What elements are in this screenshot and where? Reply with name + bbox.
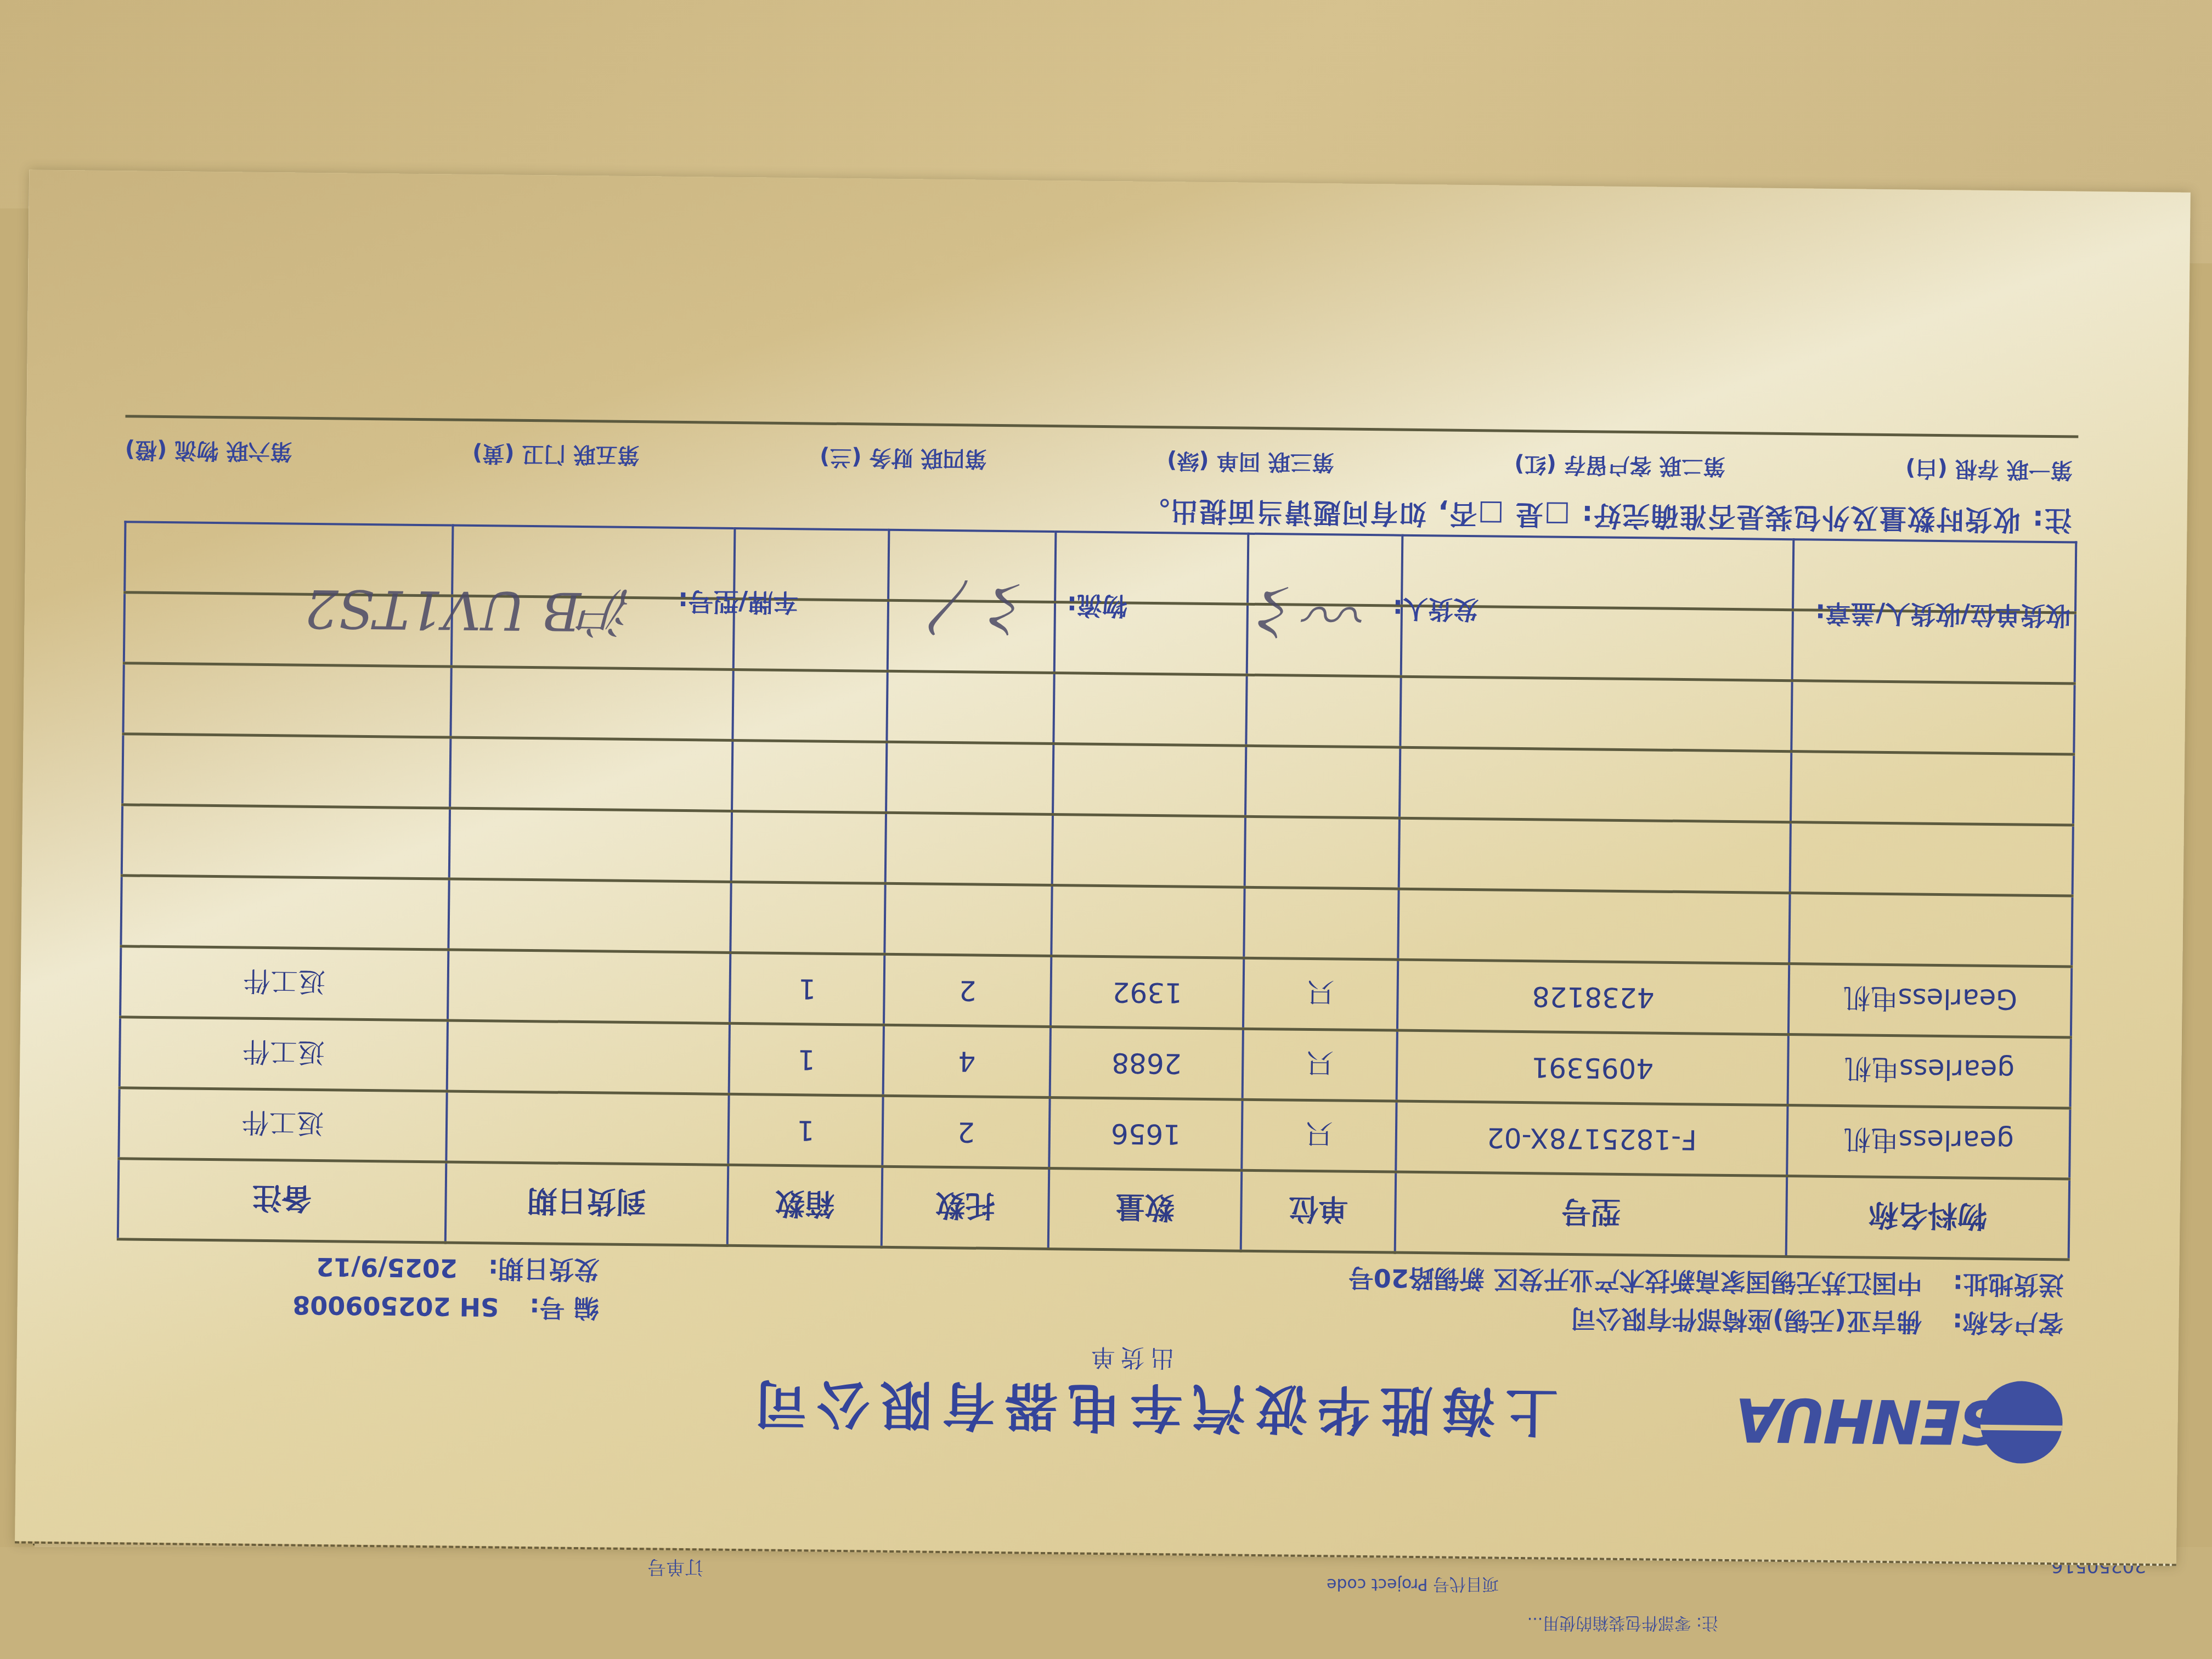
cell-remarks: 返工件	[120, 1017, 448, 1091]
delivery-note-sheet: SENHUA 上海胜华波汽车电器有限公司 出货单 客户名称: 佛吉亚(无锡)座椅…	[15, 170, 2191, 1566]
cell-pallets: 4	[883, 1025, 1051, 1097]
header-pallets: 托数	[882, 1166, 1049, 1249]
copy-3: 第三联 回单 (绿)	[1167, 447, 1334, 479]
cell-unit: 只	[1243, 1029, 1397, 1101]
cell-model: 4238128	[1397, 960, 1790, 1034]
delivery-note: SENHUA 上海胜华波汽车电器有限公司 出货单 客户名称: 佛吉亚(无锡)座椅…	[103, 236, 2091, 1497]
copy-1: 第一联 存根 (白)	[1905, 454, 2073, 487]
address-field: 送货地址: 中国江苏无锡国家高新技术产业开发区 新锡路20号	[1348, 1261, 2064, 1305]
cell-pallets: 2	[884, 954, 1051, 1026]
cell-quantity: 2688	[1050, 1027, 1243, 1100]
cell-arrival-date	[446, 1091, 729, 1165]
cell-model: 4095391	[1396, 1030, 1788, 1105]
underlying-note: 注: 零部件包装箱的使用...	[1527, 1613, 1718, 1637]
header-unit: 单位	[1241, 1170, 1396, 1252]
header-remarks: 备注	[118, 1159, 446, 1243]
ship-date-label: 发货日期:	[488, 1254, 600, 1284]
copy-distribution: 第一联 存根 (白) 第二联 客户留存 (红) 第三联 回单 (绿) 第四联 财…	[125, 436, 2073, 487]
receiver-label: 收货单位/收货人/盖章:	[1815, 597, 2072, 636]
number-label: 编 号:	[529, 1293, 599, 1323]
header-boxes: 箱数	[727, 1165, 882, 1247]
plate-value: 沪B UV1TS2	[304, 575, 634, 653]
copy-5: 第五联 门卫 (黄)	[472, 439, 640, 472]
header-material-name: 物料名称	[1786, 1176, 2069, 1260]
cell-arrival-date	[448, 950, 731, 1023]
cell-unit: 只	[1243, 958, 1398, 1030]
ship-date-value: 2025/9/12	[316, 1252, 458, 1283]
company-name: 上海胜华波汽车电器有限公司	[744, 1369, 1558, 1453]
plate-label: 车牌/型号:	[678, 585, 798, 622]
underlying-sheet: 注: 零部件包装箱的使用... 20250516 项目代号 Project co…	[0, 1547, 2212, 1659]
cell-material-name: Gearless电机	[1788, 964, 2072, 1037]
sender-signature: 〰〻	[1248, 573, 1369, 661]
ship-date-field: 发货日期: 2025/9/12	[316, 1250, 600, 1289]
cell-material-name: gearless电机	[1788, 1035, 2071, 1108]
cell-quantity: 1392	[1051, 956, 1244, 1029]
copy-6: 第六联 物流 (橙)	[125, 436, 292, 469]
logistics-label: 物流:	[1066, 589, 1127, 625]
address-label: 送货地址:	[1953, 1269, 2064, 1300]
number-value: SH 202509008	[292, 1290, 499, 1322]
header-model: 型号	[1395, 1172, 1787, 1256]
cell-boxes: 1	[730, 952, 884, 1025]
header-quantity: 数量	[1048, 1169, 1242, 1251]
customer-value: 佛吉亚(无锡)座椅部件有限公司	[1571, 1304, 1922, 1337]
underlying-project-code-label: 项目代号 Project code	[1327, 1575, 1499, 1593]
company-logo: SENHUA	[1612, 1377, 2063, 1464]
copy-2: 第二联 客户留存 (红)	[1514, 450, 1725, 484]
divider	[125, 415, 2078, 438]
customer-field: 客户名称: 佛吉亚(无锡)座椅部件有限公司	[1571, 1302, 2064, 1343]
address-value: 中国江苏无锡国家高新技术产业开发区 新锡路20号	[1348, 1263, 1922, 1299]
logo-sphere-icon	[1980, 1381, 2063, 1464]
cell-boxes: 1	[729, 1094, 883, 1166]
cell-arrival-date	[447, 1020, 730, 1094]
document-type: 出货单	[1085, 1342, 1175, 1378]
cell-material-name: gearless电机	[1787, 1105, 2070, 1179]
cell-model: F-1825178X-02	[1396, 1101, 1788, 1176]
underlying-order-label: 订单号	[647, 1555, 703, 1582]
cell-unit: 只	[1242, 1099, 1396, 1172]
cell-remarks: 返工件	[120, 946, 448, 1020]
header-arrival-date: 到货日期	[445, 1162, 728, 1245]
cell-remarks: 返工件	[119, 1088, 447, 1162]
copy-4: 第四联 财务 (兰)	[820, 443, 987, 476]
number-field: 编 号: SH 202509008	[292, 1289, 599, 1328]
sender-label: 发货人:	[1392, 592, 1479, 630]
logistics-signature: 〻〳	[918, 569, 1040, 657]
cell-quantity: 1656	[1049, 1098, 1242, 1171]
customer-label: 客户名称:	[1953, 1307, 2064, 1338]
cell-boxes: 1	[729, 1023, 884, 1096]
cell-pallets: 2	[882, 1096, 1049, 1168]
logo-text: SENHUA	[1736, 1384, 2002, 1457]
